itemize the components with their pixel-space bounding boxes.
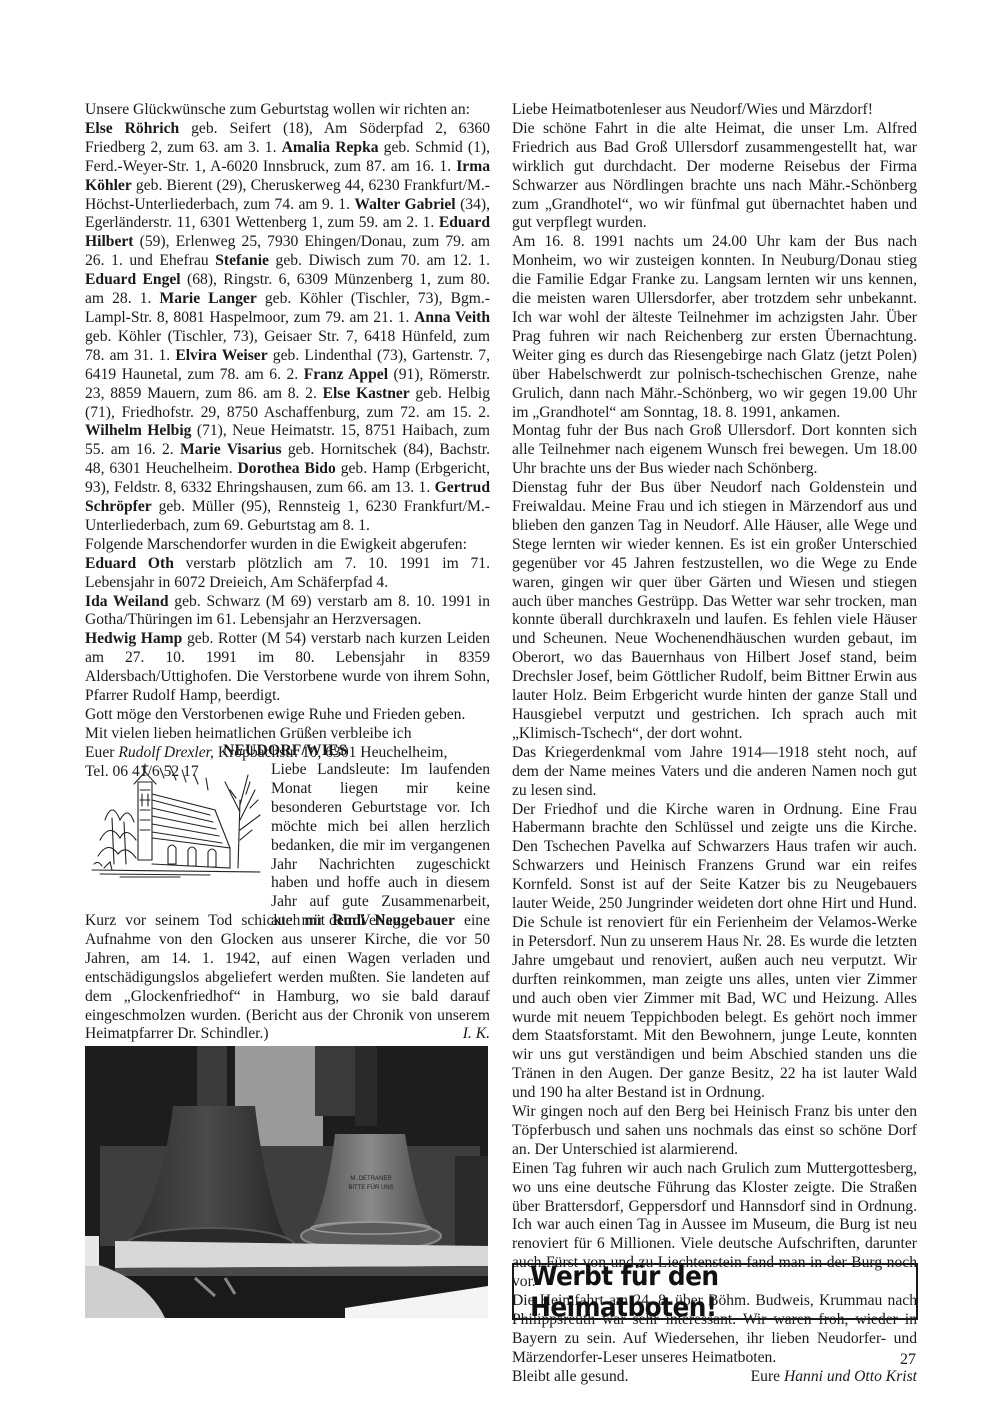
birthday-intro: Unsere Glückwünsche zum Geburtstag wolle… <box>85 101 490 120</box>
closing-prayer: Gott möge den Verstorbenen ewige Ruhe un… <box>85 706 490 725</box>
report-paragraph-1: Die schöne Fahrt in die alte Heimat, die… <box>512 120 917 233</box>
signature-prefix: Euer <box>85 744 118 761</box>
report-signature: Eure Hanni und Otto Krist <box>751 1368 917 1387</box>
signature-name: Rudolf Drexler, <box>118 744 214 761</box>
signature-prefix: Eure <box>751 1368 784 1385</box>
farewell: Bleibt alle gesund. <box>512 1368 629 1387</box>
obituary-entry: Ida Weiland geb. Schwarz (M 69) verstarb… <box>85 593 490 631</box>
initials: I. K. <box>463 1025 490 1044</box>
birthday-details: geb. Diwisch zum 70. am 12. 1. <box>269 252 490 269</box>
birthday-person-name: Walter Gabriel <box>354 196 455 213</box>
birthday-person-name: Marie Visarius <box>180 441 282 458</box>
birthday-person-name: Else Röhrich <box>85 120 179 137</box>
birthday-list: Else Röhrich geb. Seifert (18), Am Söder… <box>85 120 490 536</box>
report-paragraph-5: Das Kriegerdenkmal vom Jahre 1914—1918 s… <box>512 744 917 801</box>
birthday-person-name: Wilhelm Helbig <box>85 422 191 439</box>
report-paragraph-7: Wir gingen noch auf den Berg bei Heinisc… <box>512 1103 917 1160</box>
obituary-entry: Hedwig Hamp geb. Rotter (M 54) verstarb … <box>85 630 490 706</box>
birthday-person-name: Anna Veith <box>414 309 490 326</box>
report-paragraph-6: Der Friedhof und die Kirche waren in Ord… <box>512 801 917 1104</box>
deaths-intro: Folgende Marschendorfer wurden in die Ew… <box>85 536 490 555</box>
neudorf-body: Kurz vor seinem Tod schickte mir Rudi Ne… <box>85 912 490 1044</box>
bells-photo-image: M. DETRANER BITTE FÜR UNS <box>85 1046 488 1318</box>
deceased-name: Ida Weiland <box>85 593 169 610</box>
birthday-person-name: Eduard Engel <box>85 271 181 288</box>
section-heading-neudorf: NEUDORF/WIES <box>223 742 348 760</box>
birthday-person-name: Marie Langer <box>159 290 256 307</box>
body-name: Rudi Neugebauer <box>332 912 455 929</box>
birthday-person-name: Dorothea Bido <box>238 460 336 477</box>
signature-names: Hanni und Otto Krist <box>784 1368 917 1385</box>
birthday-person-name: Amalia Repka <box>282 139 379 156</box>
church-drawing-icon <box>90 760 265 880</box>
right-column: Liebe Heimatbotenleser aus Neudorf/Wies … <box>512 101 917 1387</box>
neudorf-intro-text: Liebe Landsleute: Im laufenden Monat lie… <box>271 761 490 931</box>
report-signature-line: Bleibt alle gesund. Eure Hanni und Otto … <box>512 1368 917 1387</box>
promo-banner: Werbt für den Heimatboten! <box>512 1263 918 1320</box>
birthday-person-name: Else Kastner <box>323 385 410 402</box>
salutation: Liebe Heimatbotenleser aus Neudorf/Wies … <box>512 101 917 120</box>
birthday-person-name: Elvira Weiser <box>175 347 267 364</box>
report-paragraph-4: Dienstag fuhr der Bus über Neudorf nach … <box>512 479 917 744</box>
bell-inscription-line1: M. DETRANER <box>350 1176 392 1182</box>
page-number: 27 <box>900 1351 916 1369</box>
greeting: Mit vielen lieben heimatlichen Grüßen ve… <box>85 725 490 744</box>
left-column: Unsere Glückwünsche zum Geburtstag wolle… <box>85 101 490 782</box>
banner-text: Werbt für den Heimatboten! <box>530 1261 900 1323</box>
deceased-name: Eduard Oth <box>85 555 174 572</box>
obituary-entry: Eduard Oth verstarb plötzlich am 7. 10. … <box>85 555 490 593</box>
deaths-list: Eduard Oth verstarb plötzlich am 7. 10. … <box>85 555 490 706</box>
church-bells-photo: M. DETRANER BITTE FÜR UNS <box>85 1046 488 1318</box>
birthday-person-name: Stefanie <box>215 252 269 269</box>
body-prefix: Kurz vor seinem Tod schickte mir <box>85 912 332 929</box>
body-text: eine Aufnahme von den Glocken aus unsere… <box>85 912 490 1042</box>
deceased-name: Hedwig Hamp <box>85 630 182 647</box>
bell-inscription-line2: BITTE FÜR UNS <box>348 1184 393 1191</box>
report-paragraph-2: Am 16. 8. 1991 nachts um 24.00 Uhr kam d… <box>512 233 917 422</box>
birthday-person-name: Franz Appel <box>304 366 388 383</box>
report-paragraph-3: Montag fuhr der Bus nach Groß Ullersdorf… <box>512 422 917 479</box>
